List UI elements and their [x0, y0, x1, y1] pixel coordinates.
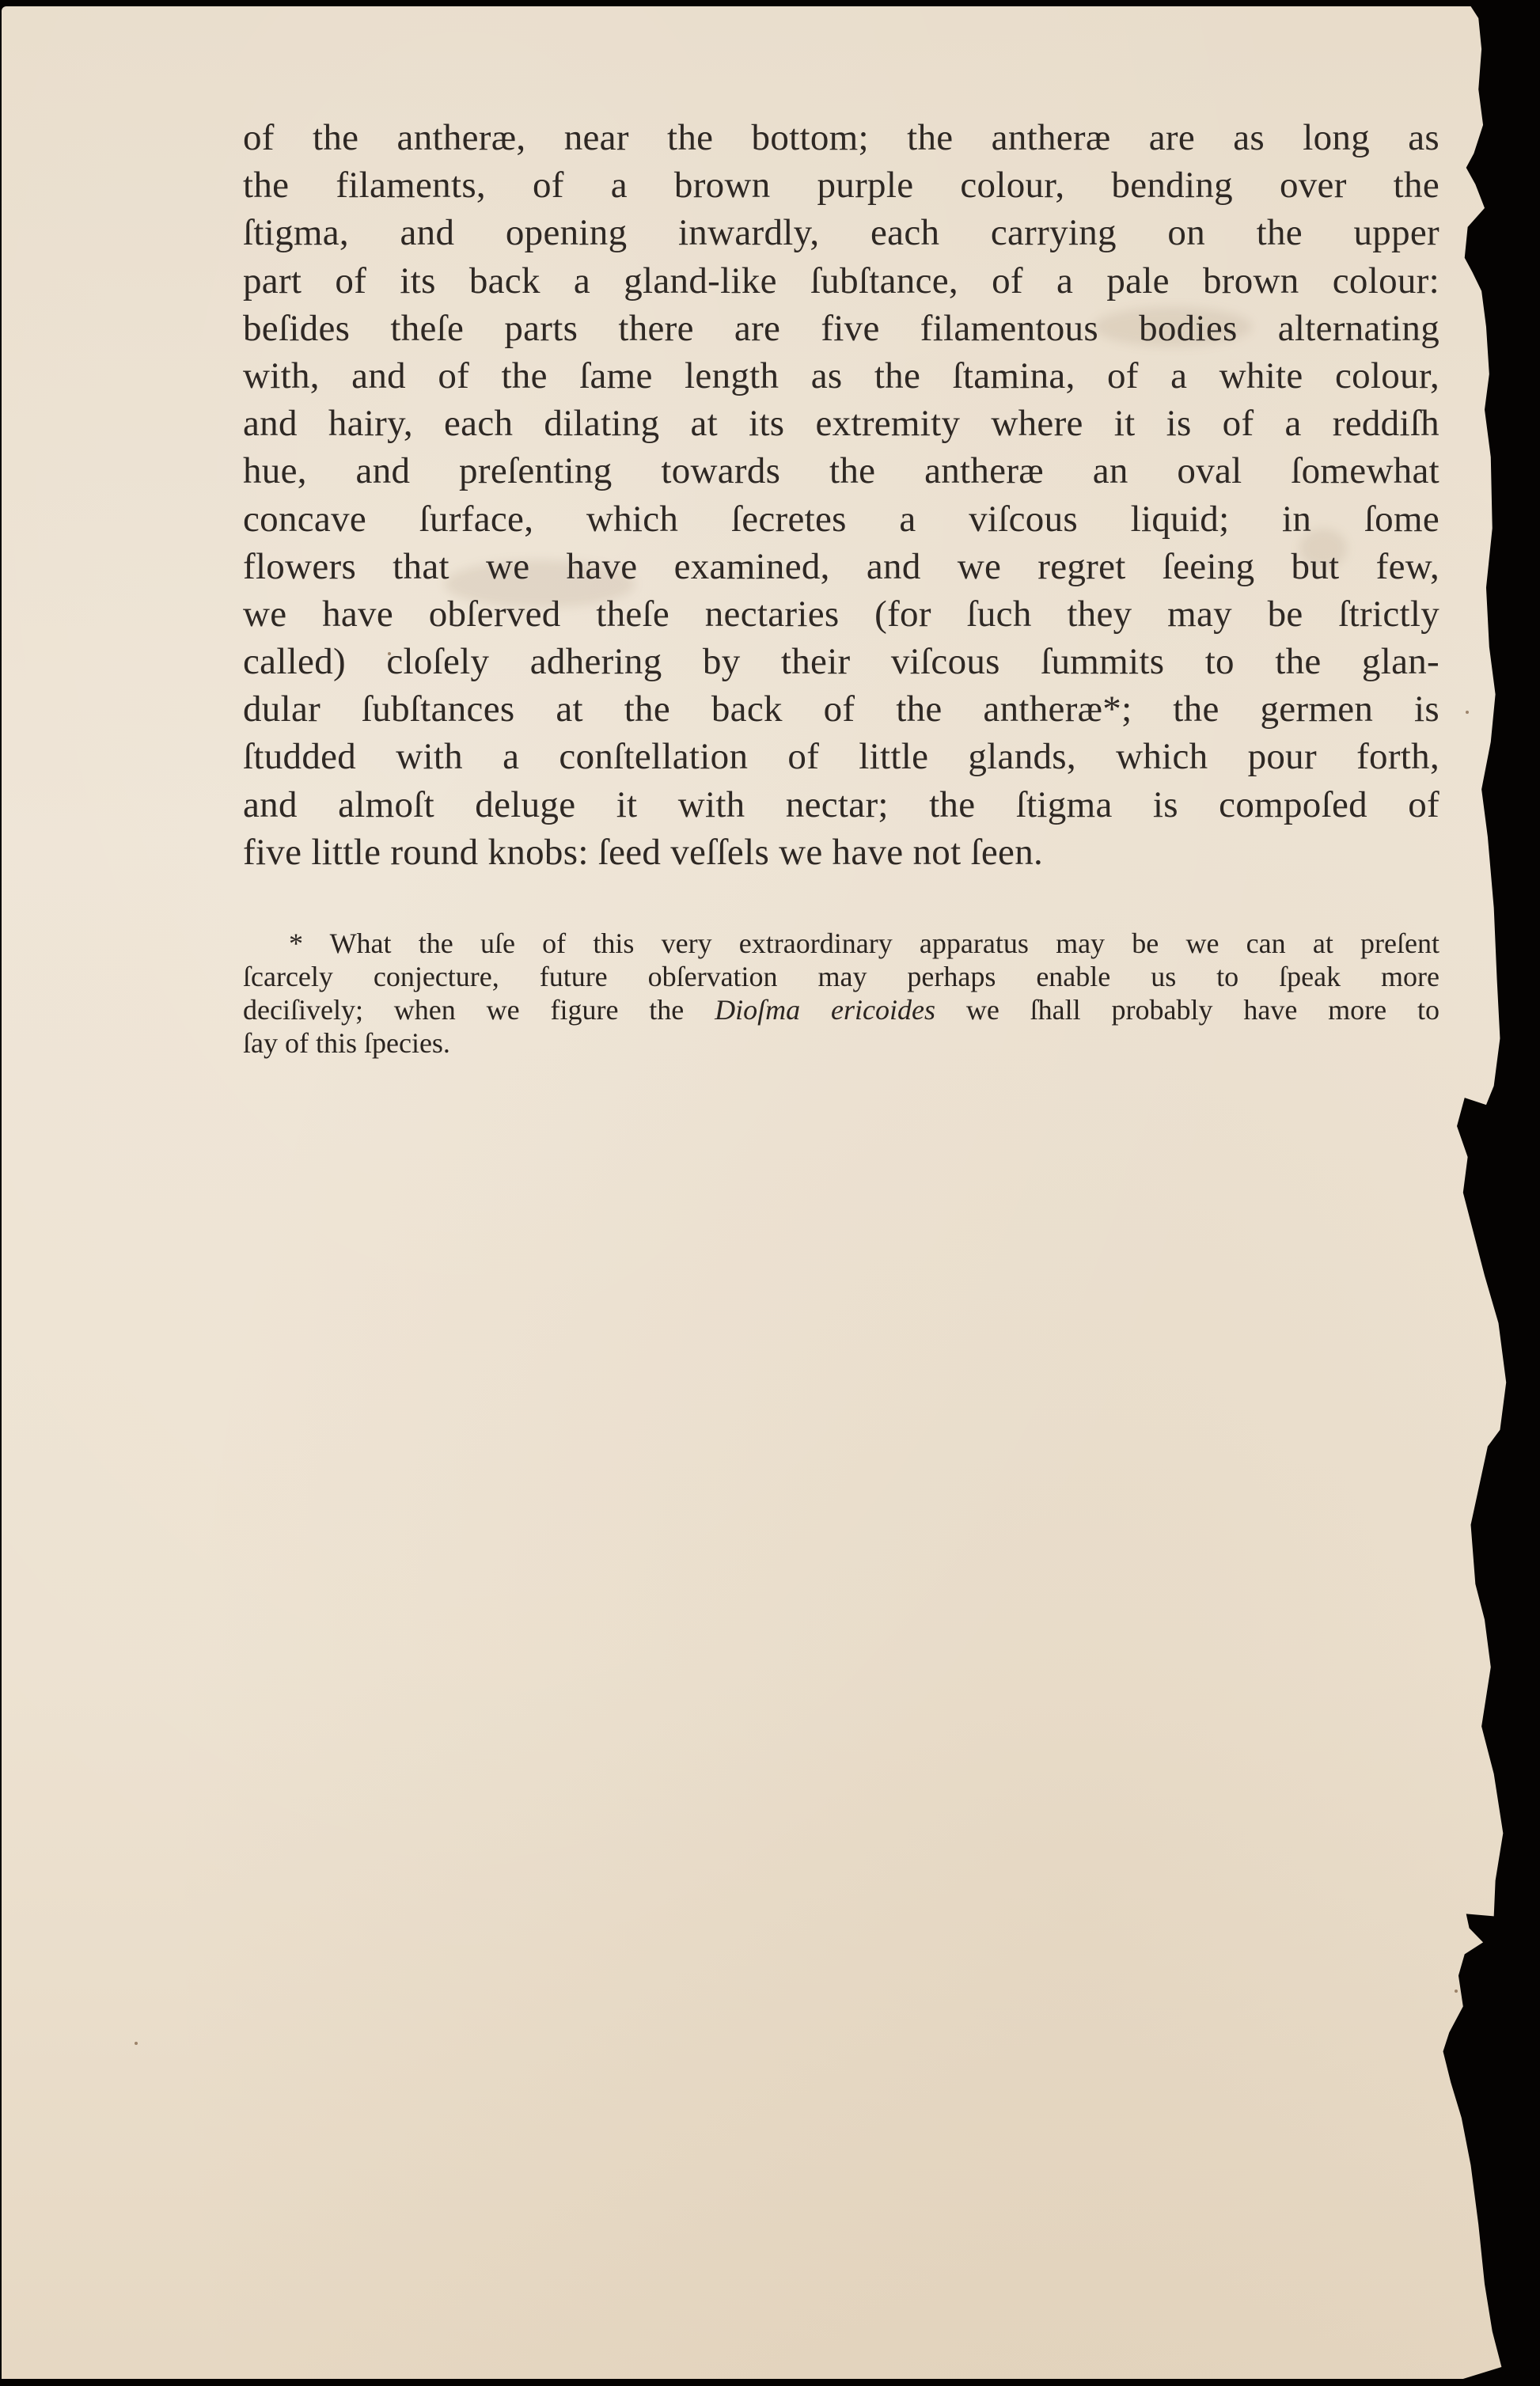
paper-speck: [1455, 1990, 1458, 1993]
text-line: with, and of the ſame length as the ſtam…: [243, 352, 1439, 400]
text-line: five little round knobs: ſeed veſſels we…: [243, 829, 1439, 876]
footnote-text: we ſhall probably have more to: [935, 994, 1439, 1026]
text-line: the filaments, of a brown purple colour,…: [243, 161, 1439, 209]
text-line: hue, and preſenting towards the antheræ …: [243, 447, 1439, 495]
body-paragraph: of the antheræ, near the bottom; the ant…: [243, 114, 1439, 876]
footnote-text: deciſively; when we figure the: [243, 994, 715, 1026]
footnote-line: ſcarcely conjecture, future obſervation …: [243, 960, 1439, 993]
text-line: and hairy, each dilating at its extremit…: [243, 400, 1439, 447]
text-line: ſtudded with a conſtellation of little g…: [243, 733, 1439, 780]
footnote: * What the uſe of this very extraordinar…: [243, 927, 1439, 1060]
footnote-line: * What the uſe of this very extraordinar…: [243, 927, 1439, 960]
text-line: called) cloſely adhering by their viſcou…: [243, 638, 1439, 685]
footnote-text: What the uſe of this very extraordinary …: [330, 927, 1439, 959]
paper-speck: [135, 2042, 138, 2045]
text-line: beſides theſe parts there are five filam…: [243, 305, 1439, 352]
species-name-italic: Dioſma ericoides: [715, 994, 935, 1026]
paper-speck: [1466, 711, 1469, 714]
text-line: ſtigma, and opening inwardly, each carry…: [243, 209, 1439, 256]
text-line: and almoſt deluge it with nectar; the ſt…: [243, 781, 1439, 829]
text-line: concave ſurface, which ſecretes a viſcou…: [243, 495, 1439, 543]
text-line: of the antheræ, near the bottom; the ant…: [243, 114, 1439, 161]
footnote-line: ſay of this ſpecies.: [243, 1026, 1439, 1060]
text-line: we have obſerved theſe nectaries (for ſu…: [243, 590, 1439, 638]
text-line: flowers that we have examined, and we re…: [243, 543, 1439, 590]
footnote-line: deciſively; when we figure the Dioſma er…: [243, 993, 1439, 1026]
footnote-marker: *: [289, 927, 303, 959]
book-page: of the antheræ, near the bottom; the ant…: [2, 6, 1540, 2379]
text-line: dular ſubſtances at the back of the anth…: [243, 685, 1439, 733]
text-line: part of its back a gland-like ſubſtance,…: [243, 257, 1439, 305]
